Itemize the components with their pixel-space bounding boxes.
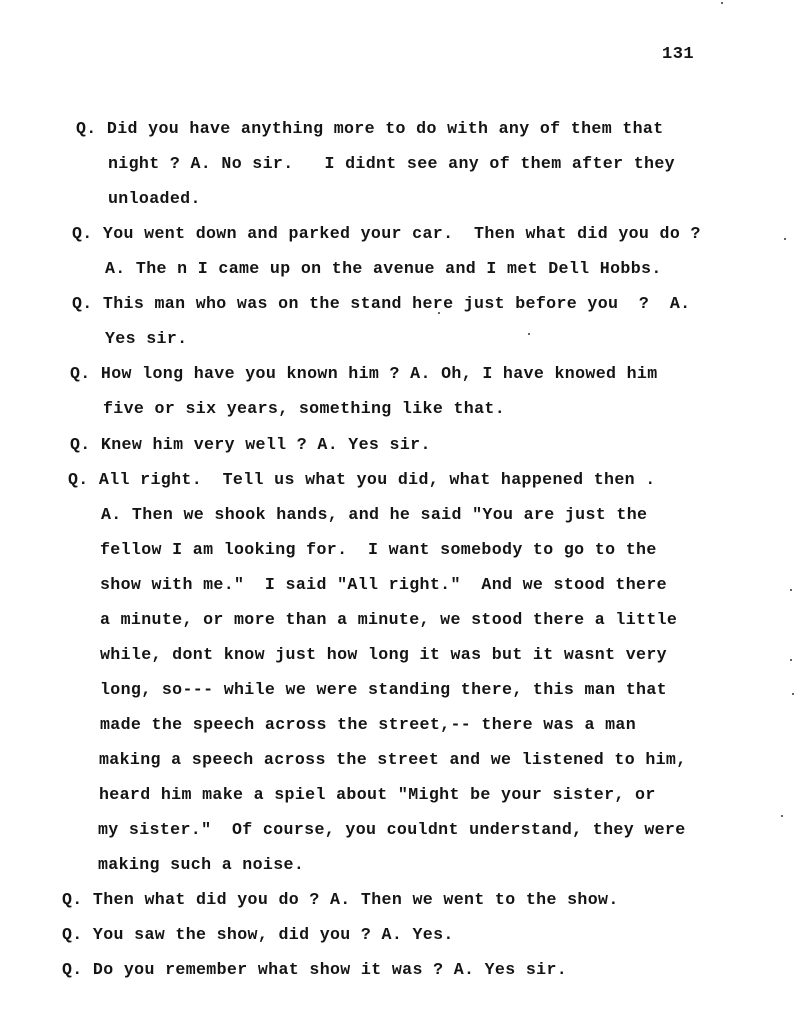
transcript-line: Q. Did you have anything more to do with… [76, 119, 664, 139]
transcript-line: Yes sir. [105, 329, 187, 349]
scan-speck [784, 238, 786, 240]
transcript-line: my sister." Of course, you couldnt under… [98, 820, 686, 840]
transcript-line: Q. You went down and parked your car. Th… [72, 224, 701, 244]
transcript-line: made the speech across the street,-- the… [100, 715, 636, 735]
scan-speck [790, 589, 792, 591]
scan-speck [790, 659, 792, 661]
transcript-line: Q. Knew him very well ? A. Yes sir. [70, 435, 431, 455]
scan-speck [792, 693, 794, 695]
transcript-line: Q. Do you remember what show it was ? A.… [62, 960, 567, 980]
transcript-page: 131 Q. Did you have anything more to do … [0, 0, 800, 1020]
transcript-line: Q. All right. Tell us what you did, what… [68, 470, 656, 490]
scan-speck [438, 312, 440, 314]
transcript-line: a minute, or more than a minute, we stoo… [100, 610, 677, 630]
transcript-line: unloaded. [108, 189, 201, 209]
scan-speck [781, 815, 783, 817]
transcript-line: making a speech across the street and we… [99, 750, 687, 770]
transcript-line: Q. How long have you known him ? A. Oh, … [70, 364, 658, 384]
transcript-line: night ? A. No sir. I didnt see any of th… [108, 154, 675, 174]
transcript-line: long, so--- while we were standing there… [100, 680, 667, 700]
transcript-line: making such a noise. [98, 855, 304, 875]
page-number: 131 [662, 45, 694, 64]
transcript-line: A. The n I came up on the avenue and I m… [105, 259, 662, 279]
transcript-line: A. Then we shook hands, and he said "You… [101, 505, 647, 525]
transcript-line: show with me." I said "All right." And w… [100, 575, 667, 595]
transcript-line: heard him make a spiel about "Might be y… [99, 785, 656, 805]
transcript-line: Q. Then what did you do ? A. Then we wen… [62, 890, 619, 910]
scan-speck [528, 333, 530, 335]
scan-speck [721, 2, 723, 4]
transcript-line: Q. You saw the show, did you ? A. Yes. [62, 925, 454, 945]
transcript-line: while, dont know just how long it was bu… [100, 645, 667, 665]
transcript-line: fellow I am looking for. I want somebody… [100, 540, 657, 560]
transcript-line: Q. This man who was on the stand here ju… [72, 294, 690, 314]
transcript-line: five or six years, something like that. [103, 399, 505, 419]
